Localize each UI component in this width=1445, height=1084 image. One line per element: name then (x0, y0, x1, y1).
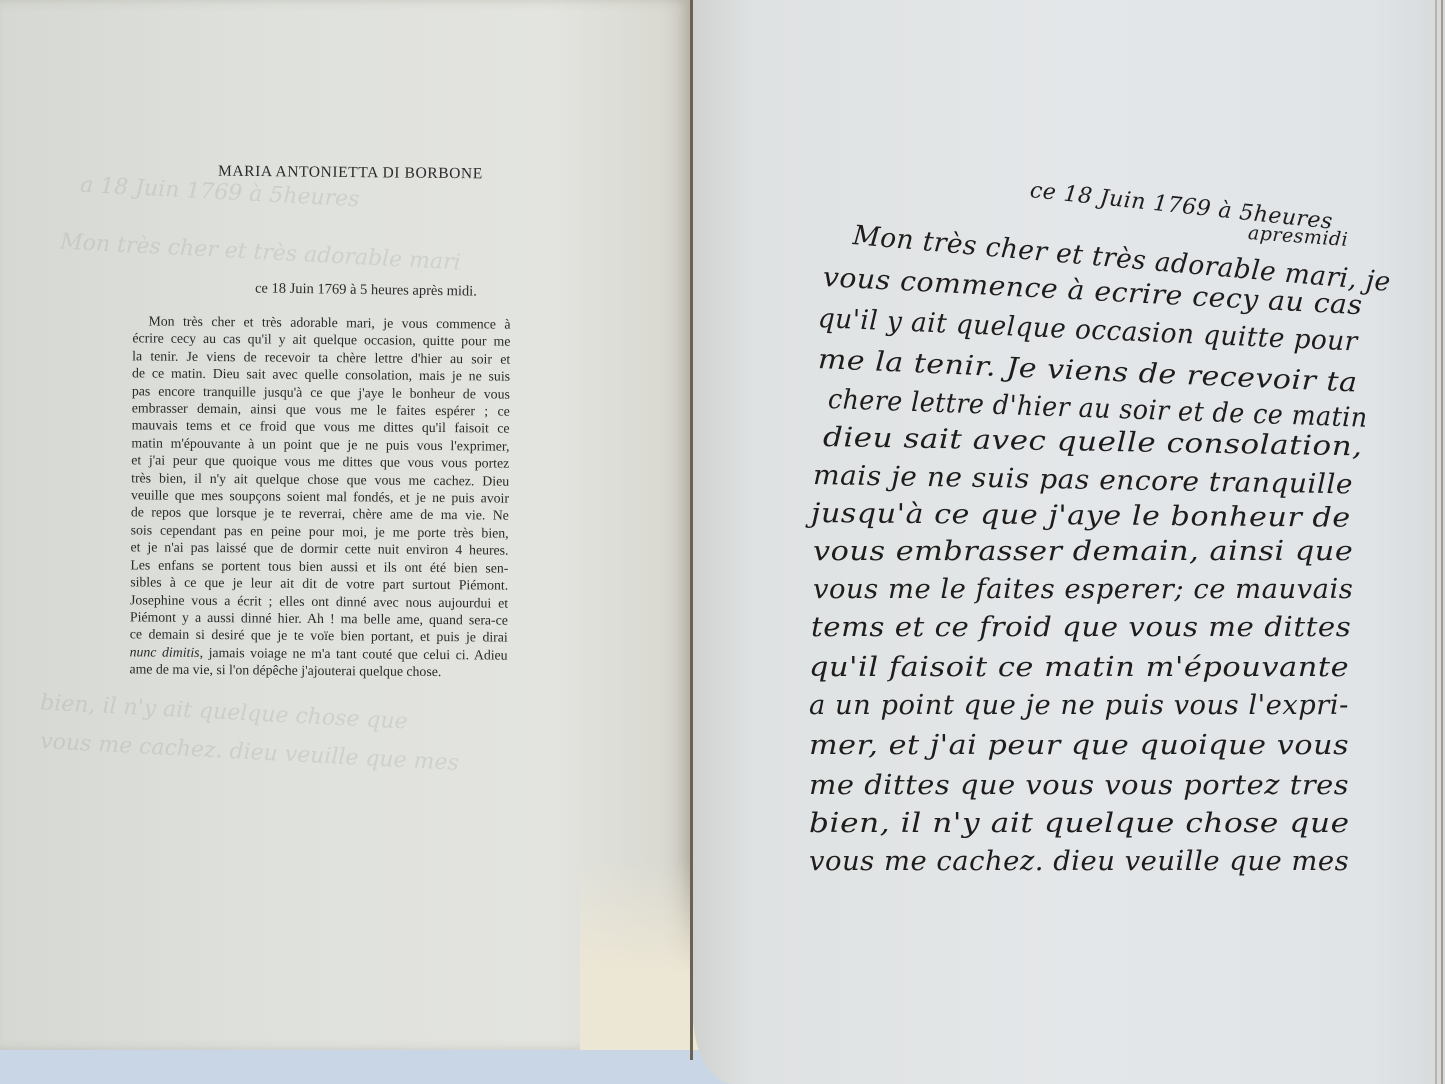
printed-dateline: ce 18 Juin 1769 à 5 heures après midi. (255, 280, 477, 300)
handwritten-line: qu'il faisoit ce matin m'épouvante (809, 652, 1349, 683)
open-book: a 18 Juin 1769 à 5heures Mon très cher e… (0, 0, 1445, 1084)
printed-letter-body: Mon très cher et très adorable mari, je … (129, 312, 510, 681)
handwritten-line: vous me cachez. dieu veuille que mes (809, 846, 1349, 877)
handwritten-line: tems et ce froid que vous me dittes (811, 612, 1351, 643)
handwritten-line: vous me le faites esperer; ce mauvais (813, 574, 1353, 605)
bleed-through-text: Mon très cher et très adorable mari (60, 230, 462, 276)
handwritten-letter: ce 18 Juin 1769 à 5heures apresmidi Mon … (693, 0, 1445, 1084)
right-page-facsimile-manuscript: ce 18 Juin 1769 à 5heures apresmidi Mon … (693, 0, 1445, 1084)
handwritten-line: vous embrasser demain, ainsi que (813, 536, 1353, 567)
handwritten-line: mais je ne suis pas encore tranquille (813, 460, 1354, 500)
left-page-printed-transcription: a 18 Juin 1769 à 5heures Mon très cher e… (0, 0, 690, 1050)
body-line-last: ame de ma vie, si l'on dépêche j'ajouter… (129, 660, 507, 681)
italic-latin-phrase: nunc dimitis (130, 644, 200, 660)
handwritten-line: mer, et j'ai peur que quoique vous (809, 730, 1349, 761)
handwritten-dateline-2: apresmidi (1247, 222, 1349, 251)
handwritten-line: jusqu'à ce que j'aye le bonheur de (811, 498, 1351, 534)
handwritten-line: a un point que je ne puis vous l'expri- (809, 690, 1349, 721)
bleed-through-text: vous me cachez. dieu veuille que mes (40, 729, 460, 776)
running-title: MARIA ANTONIETTA DI BORBONE (218, 163, 483, 184)
handwritten-line: me dittes que vous vous portez tres (809, 770, 1349, 801)
bleed-through-text: bien, il n'y ait quelque chose que (40, 690, 409, 734)
handwritten-line: bien, il n'y ait quelque chose que (809, 808, 1350, 839)
